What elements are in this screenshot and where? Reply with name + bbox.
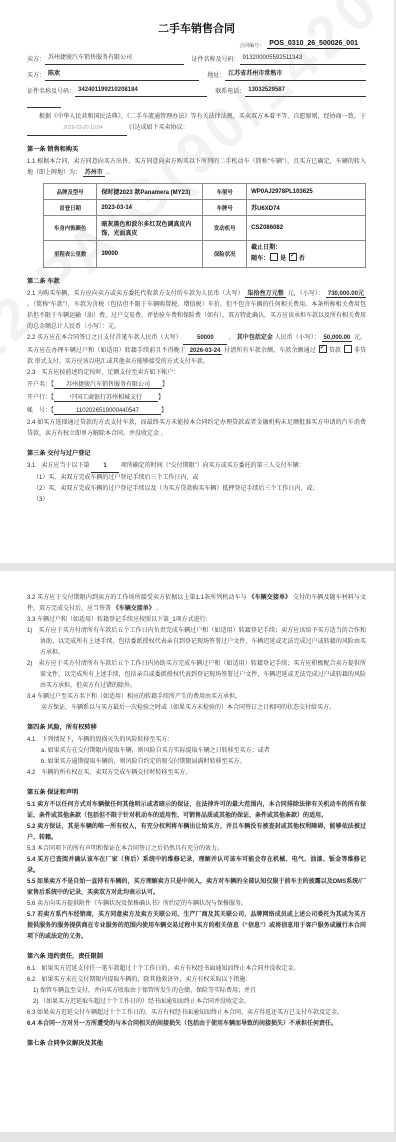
first-reg-date-label: 首登日期 xyxy=(44,200,97,216)
checkbox-insurance-yes[interactable] xyxy=(270,253,278,261)
deposit-included-text: 其中包括定金 xyxy=(237,335,273,341)
clause-2-2-text-d: 付清所有车款余额，车款余额通过 xyxy=(224,348,317,354)
insurance-no-label: 否 xyxy=(299,256,305,262)
price-in-figures: 730,000.00元 xyxy=(326,291,366,298)
account-name-value: 苏州捷骏汽车销售服务有限公司 xyxy=(54,382,162,389)
odometer-value: 39000 xyxy=(97,241,203,268)
vin-label: 车架号 xyxy=(203,184,247,200)
clause-2-1-text-b: 元，（小写）： xyxy=(288,291,325,297)
section-2-heading: 第二条 车款 xyxy=(27,277,366,287)
clause-6-4: 6.4 本合同一方对另一方所遭受的与本合同相关的间接损失（包括由于使用车辆而导致… xyxy=(27,1019,366,1030)
clause-2-2-text-a: 2.2 买方应在本合同签订之日支付首笔车款人民币（大写） xyxy=(27,335,182,341)
buyer-address: 江苏省苏州市常熟市 xyxy=(225,70,366,81)
bank-branch-line: 开户行：【中国工商银行苏州相城支行】 xyxy=(27,392,366,405)
clause-3-1: 3.1 卖方应当于以下第 1 项所确定的时间（“交付期限”）向买方或买方委托的第… xyxy=(27,461,366,473)
interior-color-label: 车身内饰颜色 xyxy=(44,216,97,241)
clause-5-3: 5.3 本合同项下的所有声明和保证在本合同签订之后仍然具有充分的效力。 xyxy=(27,844,366,855)
handover-form-ref-2: 《车辆交接单》 xyxy=(113,606,155,612)
clause-2-3: 2.3 买方应按前述约定按时、足额支付至卖方如下帐户： xyxy=(27,368,366,379)
bracket-close: 】 xyxy=(162,382,168,388)
clause-5-7: 5.7 若卖方系汽车经销商，买方同意卖方及卖方关联公司、生产厂商及其关联公司、品… xyxy=(27,910,366,943)
account-number-label: 帐 号：【 xyxy=(27,408,54,414)
bank-branch-value: 中国工商银行苏州相城支行 xyxy=(54,395,158,402)
first-payment-amount: 50000 xyxy=(183,333,227,345)
clause-3-1-item-1: （1）买、卖双方完成车辆的过户登记手续后三个工作日内，或 xyxy=(27,473,366,484)
price-in-words: 柒拾叁万元整 xyxy=(245,291,285,298)
clause-2-1-text-c: 。（简称“车款”），车款为含税（包括但不限于车辆购置税、增值税）车价，但不包含车… xyxy=(27,302,366,330)
brand-model-label: 品牌及型号 xyxy=(44,184,97,200)
checkbox-non-loan[interactable] xyxy=(344,345,352,353)
plate-no-value: 苏U6XD74 xyxy=(247,200,366,216)
clause-2-2-comma: ， xyxy=(229,335,235,341)
clause-2-2-text-e: 形式支付。买方应该以电汇或其他卖方能够接受的方式支付车款。 xyxy=(35,359,209,365)
table-row: 里程表公里数 39000 保险状况 截止日期： 随车：是 否 xyxy=(44,241,366,268)
seller-name: 苏州捷骏汽车销售服务有限公司 xyxy=(45,54,184,65)
clause-4-1-item-a: a. 如果买方在交付期限内提取车辆，则风险自买方实际提取车辆之日转移至买方；或者 xyxy=(27,746,366,757)
clause-4-2: 4.2 车辆的所有权在买、卖双方完成车辆交付时转移至买方。 xyxy=(27,768,366,779)
section-5-heading: 第五条 保证和声明 xyxy=(27,788,366,798)
contract-number: POS_0310_26_500026_001 xyxy=(267,40,360,49)
vin-value: WP0AJ2978PL103625 xyxy=(247,184,366,200)
checkbox-loan[interactable] xyxy=(319,345,327,353)
clause-5-1: 5.1 卖方不以任何方式对车辆做任何其他明示或者暗示的保证，在法律许可的最大范围… xyxy=(27,800,366,822)
seller-id-label: 证件名称及号码： xyxy=(192,56,240,65)
party-row-buyer: 买方： 陈欢 地址： 江苏省苏州市常熟市 xyxy=(27,70,366,81)
insurance-expiry-label: 截止日期： xyxy=(251,244,361,253)
transfer-city: 苏州市 xyxy=(83,170,105,177)
delivery-option-number: 1 xyxy=(91,461,119,473)
table-row: 首登日期 2023-03-14 车牌号 苏U6XD74 xyxy=(44,200,366,216)
clause-4-1-item-b: b. 如果买方逾期提取车辆的，则风险自约定的原交付期限届满时转移至买方。 xyxy=(27,757,366,768)
engine-no-label: 发动机号 xyxy=(203,216,247,241)
preamble: 根据《中华人民共和国民法典》、《二手车流通管理办法》等有关法律法规，买卖双方本着… xyxy=(27,112,366,136)
interior-color-value: 暗灰黑色和波尔多红双色调真皮内饰，光面真皮 xyxy=(97,216,203,241)
with-car-label: 随车： xyxy=(251,256,269,262)
clause-5-5: 5.5 如果卖方不是自始一直持有车辆的，买方理解卖方只是中间人，卖方对车辆的全部… xyxy=(27,877,366,899)
odometer-label: 里程表公里数 xyxy=(44,241,97,268)
clause-3-3: 3.3 车辆过户和（如适用）转籍登记手续应按照以下第_1项方式进行: xyxy=(27,615,366,626)
blank-line xyxy=(27,100,61,108)
balance-due-date: 2026-03-24 xyxy=(188,348,223,355)
clause-1-1-text: 1.1 根据本合同，卖方同意向买方出售、买方同意向卖方购买以下所列的二手机动车（… xyxy=(27,159,366,176)
clause-6-2-item-1: 1) 保管车辆直至交付，并向买方收取由于保管所发生的仓储、保险等实际费用；并且 xyxy=(27,986,366,997)
buyer-name: 陈欢 xyxy=(45,70,199,81)
section-1-heading: 第一条 销售和购买 xyxy=(27,145,366,155)
party-row-seller: 卖方： 苏州捷骏汽车销售服务有限公司 证件名称及号码： 913200005592… xyxy=(27,54,366,65)
clause-2-4: 2.4 如买方选择通过贷款的方式支付车款，而最终买方未能按本合同约定办理贷款或者… xyxy=(27,418,366,440)
buyer-id-label: 证件名称及号码： xyxy=(27,88,75,97)
account-name-label: 开户名：【 xyxy=(27,382,54,388)
clause-2-2: 2.2 买方应在本合同签订之日支付首笔车款人民币（大写） 50000 ， 其中包… xyxy=(27,333,366,368)
engine-no-value: CSZ086082 xyxy=(247,216,366,241)
first-reg-date-value: 2023-03-14 xyxy=(97,200,203,216)
section-6-heading: 第六条 违约责任，责任限制 xyxy=(27,952,366,962)
contract-page-1: 22 PAIG(90/1420 二手车销售合同 合同编号： POS_0310_2… xyxy=(0,0,394,563)
bracket-close: 】 xyxy=(161,408,167,414)
clause-1-1-end: 。 xyxy=(106,170,112,176)
clause-4-1: 4.1 下列情况下，车辆的毁损灭失的风险转移至买方： xyxy=(27,735,366,746)
clause-3-3-item-2: 2) 卖方应于买方付清所有车款后五个工作日内协助买方完成车辆过户和（如适用）转籍… xyxy=(27,659,366,692)
bank-account-name-line: 开户名：【苏州捷骏汽车销售服务有限公司】 xyxy=(27,379,366,392)
clause-3-1-item-3: （3） xyxy=(27,495,366,506)
clause-6-2: 6.2 如果买方未在交付期限内提取车辆的，除其他救济外，卖方有权采取以下措施： xyxy=(27,975,366,986)
clause-3-2: 3.2 买方应于交付期限内到卖方的工作场所接受卖方依据以上第1.1条所列机动车与… xyxy=(27,593,366,615)
bracket-close: 】 xyxy=(158,395,164,401)
clause-3-4: 3.4 车辆过户至买方名下和（如适用）相应的转籍手续所产生的费用由买方承担。 xyxy=(27,692,366,703)
insurance-yes-label: 是 xyxy=(280,256,286,262)
loan-option-label: 贷款 xyxy=(329,348,341,354)
buyer-id: 342401199210208184 xyxy=(75,86,207,97)
section-7-heading: 第七条 合同争议解决及其他 xyxy=(27,1039,366,1049)
clause-1-1: 1.1 根据本合同，卖方同意向买方出售、买方同意向卖方购买以下所列的二手机动车（… xyxy=(27,157,366,179)
deposit-amount: 50,000.00 xyxy=(322,335,353,342)
table-row: 品牌及型号 保时捷2023 款Panamera (MY23) 车架号 WP0AJ… xyxy=(44,184,366,200)
insurance-with-car-line: 随车：是 否 xyxy=(251,253,361,264)
clause-3-2-end: 。 xyxy=(156,606,162,612)
clause-3-1-text-a: 3.1 卖方应当于以下第 xyxy=(27,463,89,469)
bank-branch-label: 开户行：【 xyxy=(27,395,54,401)
table-row: 车身内饰颜色 暗灰黑色和波尔多红双色调真皮内饰，光面真皮 发动机号 CSZ086… xyxy=(44,216,366,241)
preamble-text-a: 根据《中华人民共和国民法典》、《二手车流通管理办法》等有关法律法规，买卖双方本着… xyxy=(39,114,366,120)
clause-6-3: 6.3 如果卖方迟延交付车辆超过十个工作日的，买方有权经书面通知而终止本合同，卖… xyxy=(27,1008,366,1019)
insurance-label: 保险状况 xyxy=(203,241,247,268)
contract-number-row: 合同编号： POS_0310_26_500026_001 xyxy=(27,40,360,49)
clause-6-1: 6.1 如果买方迟延支付任一笔车款超过十个工作日的，卖方有权经书面通知而终止本合… xyxy=(27,964,366,975)
clause-5-6: 5.6 卖方向买方提供附件《车辆状况及保修确认书》所约定的车辆状况与保修服务。 xyxy=(27,899,366,910)
checkbox-insurance-no[interactable] xyxy=(289,253,297,261)
address-label: 地址： xyxy=(207,72,225,81)
buyer-phone: 13032529587 xyxy=(245,86,366,97)
clause-3-3-item-1: 1) 买方应于买方付清所有车款后五个工作日内负责完成车辆过户和（如适用）转籍登记… xyxy=(27,626,366,659)
clause-3-2-text-a: 3.2 买方应于交付期限内到卖方的工作场所接受卖方依据以上第1.1条所列机动车与 xyxy=(27,595,247,601)
party-row-buyer-id: 证件名称及号码： 342401199210208184 联系电话： 130325… xyxy=(27,86,366,97)
buyer-label: 买方： xyxy=(27,72,45,81)
insurance-cell: 截止日期： 随车：是 否 xyxy=(247,241,366,268)
plate-no-label: 车牌号 xyxy=(203,200,247,216)
clause-5-2: 5.2 卖方保证，其是车辆的唯一所有权人，有充分权利将车辆出让给买方，并且车辆没… xyxy=(27,822,366,844)
seller-id: 913200005592511343 xyxy=(240,54,366,65)
clause-2-2-text-b: 人民币（小写）： xyxy=(275,335,320,341)
clause-2-1-text-a: 2.1 为购买车辆，买方应向卖方或卖方委托代收款方支付的车款为人民币（大写） xyxy=(27,291,244,297)
clause-3-1-item-2: （2）买、卖双方完成车辆的过户登记手续以及（为买方贷款购买车辆）抵押登记手续后三… xyxy=(27,484,366,495)
clause-6-2-item-2: 2) （如果买方迟延取车超过十个工作日的）经书面通知而终止本合同并没收定金。 xyxy=(27,997,366,1008)
contract-number-label: 合同编号： xyxy=(239,42,264,49)
preamble-text-b: 日达成如下买卖协议： xyxy=(129,125,189,131)
contract-page-2: 3.2 买方应于交付期限内到卖方的工作场所接受卖方依据以上第1.1条所列机动车与… xyxy=(0,571,394,1132)
section-4-heading: 第四条 风险，所有权转移 xyxy=(27,723,366,733)
phone-label: 联系电话： xyxy=(215,88,245,97)
account-number-value: 1102026519000440547 xyxy=(54,408,161,415)
contract-title: 二手车销售合同 xyxy=(27,20,366,36)
vehicle-info-table: 品牌及型号 保时捷2023 款Panamera (MY23) 车架号 WP0AJ… xyxy=(43,183,366,268)
seller-label: 卖方： xyxy=(27,56,45,65)
handover-form-ref-1: 《车辆交接单》 xyxy=(248,595,291,601)
seller-guarantee-note: 卖方保证，车辆系以与买方最后一次检验之时或（如果买方未检验的）本合同签订之日相同… xyxy=(27,703,366,714)
clause-3-1-text-b: 项所确定的时间（“交付期限”）向买方或买方委托的第三人交付车辆： xyxy=(121,463,305,469)
brand-model-value: 保时捷2023 款Panamera (MY23) xyxy=(97,184,203,200)
bank-account-number-line: 帐 号：【1102026519000440547】 xyxy=(27,405,366,418)
clause-2-1: 2.1 为购买车辆，买方应向卖方或卖方委托代收款方支付的车款为人民币（大写） 柒… xyxy=(27,289,366,333)
document-viewer: { "wm": "22 PAIG(90/1420", "header": { "… xyxy=(0,0,396,1142)
section-3-heading: 第三条 交付与过户登记 xyxy=(27,449,366,459)
clause-5-4: 5.4 买方已查阅并确认该车在厂家（售后）系统中的维修记录，理解并认可该车可能会… xyxy=(27,855,366,877)
agreement-date: 2026-03-20 10:04 xyxy=(27,123,127,136)
